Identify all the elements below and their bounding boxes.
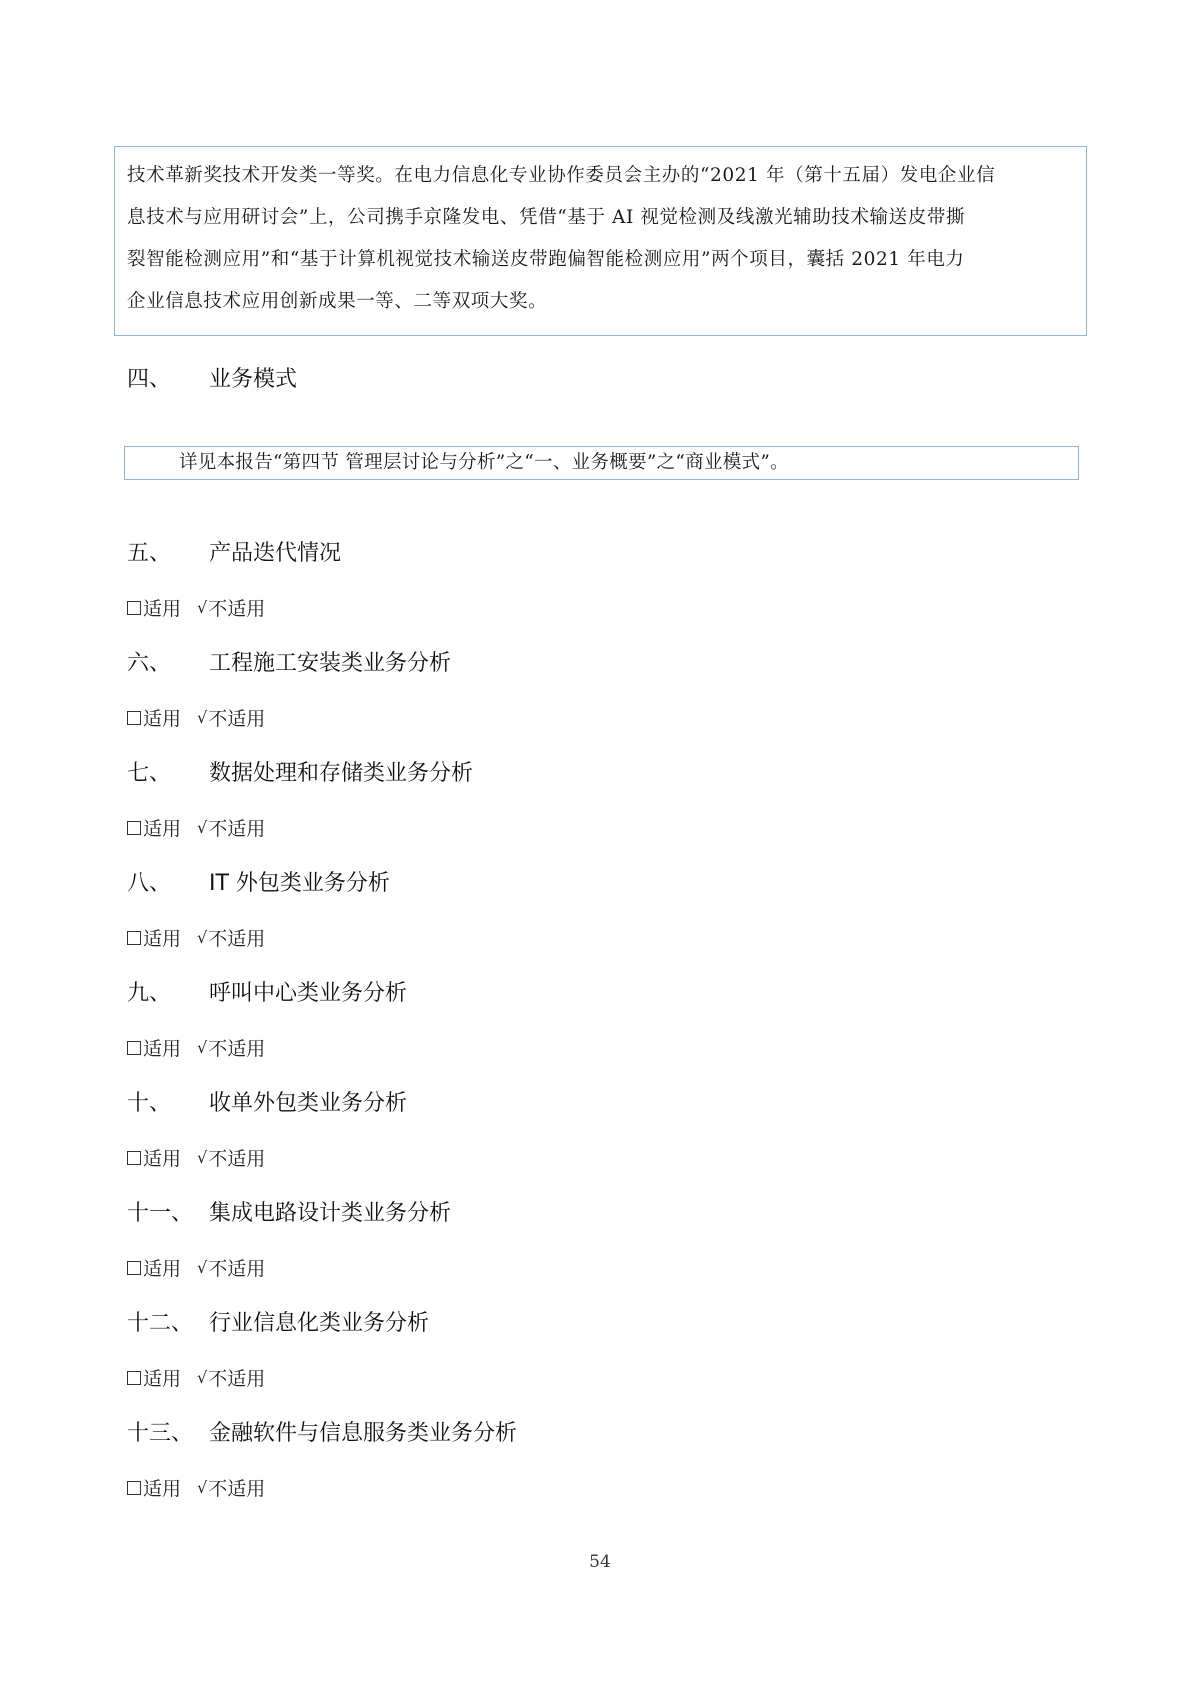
empty-checkbox-icon (127, 1151, 141, 1165)
applicable-label: 适用 (143, 1474, 181, 1501)
section-title: IT 外包类业务分析 (209, 866, 390, 897)
award-line: 企业信息技术应用创新成果一等、二等双项大奖。 (127, 281, 1074, 323)
applicable-label: 适用 (143, 1364, 181, 1391)
checkmark-icon: √ (197, 1038, 207, 1057)
section-heading-4: 四、 业务模式 (127, 362, 297, 393)
checkmark-icon: √ (197, 1148, 207, 1167)
empty-checkbox-icon (127, 601, 141, 615)
section-title: 业务模式 (209, 362, 297, 393)
applicable-label: 适用 (143, 1254, 181, 1281)
section-heading-13: 十三、 金融软件与信息服务类业务分析 (127, 1416, 517, 1447)
applicable-label: 适用 (143, 924, 181, 951)
section-title: 收单外包类业务分析 (209, 1086, 407, 1117)
applicability-option: 适用√不适用 (127, 1144, 265, 1171)
award-line: 技术革新奖技术开发类一等奖。在电力信息化专业协作委员会主办的“2021 年（第十… (127, 155, 1074, 197)
applicable-label: 适用 (143, 704, 181, 731)
award-text-box: 技术革新奖技术开发类一等奖。在电力信息化专业协作委员会主办的“2021 年（第十… (114, 146, 1087, 336)
checkmark-icon: √ (197, 1478, 207, 1497)
section-heading-6: 六、 工程施工安装类业务分析 (127, 646, 451, 677)
empty-checkbox-icon (127, 1041, 141, 1055)
checkmark-icon: √ (197, 928, 207, 947)
empty-checkbox-icon (127, 1261, 141, 1275)
applicability-option: 适用√不适用 (127, 924, 265, 951)
not-applicable-label: 不适用 (208, 1144, 265, 1171)
applicable-label: 适用 (143, 594, 181, 621)
applicability-option: 适用√不适用 (127, 1034, 265, 1061)
applicability-option: 适用√不适用 (127, 814, 265, 841)
checkmark-icon: √ (197, 598, 207, 617)
section-number: 九、 (127, 976, 209, 1007)
section-number: 十二、 (127, 1306, 209, 1337)
section-heading-11: 十一、 集成电路设计类业务分析 (127, 1196, 451, 1227)
section-number: 十、 (127, 1086, 209, 1117)
checkmark-icon: √ (197, 818, 207, 837)
business-model-box: 详见本报告“第四节 管理层讨论与分析”之“一、业务概要”之“商业模式”。 (124, 446, 1079, 480)
section-heading-8: 八、 IT 外包类业务分析 (127, 866, 390, 897)
section-number: 四、 (127, 362, 209, 393)
applicability-option: 适用√不适用 (127, 704, 265, 731)
section-title: 数据处理和存储类业务分析 (209, 756, 473, 787)
empty-checkbox-icon (127, 931, 141, 945)
section-number: 七、 (127, 756, 209, 787)
applicability-option: 适用√不适用 (127, 1474, 265, 1501)
section-heading-9: 九、 呼叫中心类业务分析 (127, 976, 407, 1007)
empty-checkbox-icon (127, 711, 141, 725)
applicability-option: 适用√不适用 (127, 1254, 265, 1281)
not-applicable-label: 不适用 (208, 924, 265, 951)
applicable-label: 适用 (143, 814, 181, 841)
section-title: 金融软件与信息服务类业务分析 (209, 1416, 517, 1447)
section-number: 十一、 (127, 1196, 209, 1227)
section-title: 呼叫中心类业务分析 (209, 976, 407, 1007)
applicability-option: 适用√不适用 (127, 594, 265, 621)
not-applicable-label: 不适用 (208, 814, 265, 841)
not-applicable-label: 不适用 (208, 1034, 265, 1061)
section-number: 十三、 (127, 1416, 209, 1447)
award-line: 息技术与应用研讨会”上，公司携手京隆发电、凭借“基于 AI 视觉检测及线激光辅助… (127, 197, 1074, 239)
not-applicable-label: 不适用 (208, 1364, 265, 1391)
section-title: 集成电路设计类业务分析 (209, 1196, 451, 1227)
empty-checkbox-icon (127, 1481, 141, 1495)
section-heading-10: 十、 收单外包类业务分析 (127, 1086, 407, 1117)
checkmark-icon: √ (197, 1368, 207, 1387)
checkmark-icon: √ (197, 708, 207, 727)
applicability-option: 适用√不适用 (127, 1364, 265, 1391)
not-applicable-label: 不适用 (208, 1474, 265, 1501)
section-heading-5: 五、 产品迭代情况 (127, 536, 341, 567)
not-applicable-label: 不适用 (208, 1254, 265, 1281)
page-number: 54 (0, 1552, 1200, 1572)
section-heading-12: 十二、 行业信息化类业务分析 (127, 1306, 429, 1337)
section-number: 六、 (127, 646, 209, 677)
applicable-label: 适用 (143, 1144, 181, 1171)
section-title: 工程施工安装类业务分析 (209, 646, 451, 677)
section-heading-7: 七、 数据处理和存储类业务分析 (127, 756, 473, 787)
section-number: 八、 (127, 866, 209, 897)
section-title: 产品迭代情况 (209, 536, 341, 567)
checkmark-icon: √ (197, 1258, 207, 1277)
not-applicable-label: 不适用 (208, 704, 265, 731)
empty-checkbox-icon (127, 1371, 141, 1385)
section-number: 五、 (127, 536, 209, 567)
empty-checkbox-icon (127, 821, 141, 835)
section-title: 行业信息化类业务分析 (209, 1306, 429, 1337)
applicable-label: 适用 (143, 1034, 181, 1061)
award-line: 裂智能检测应用”和“基于计算机视觉技术输送皮带跑偏智能检测应用”两个项目，囊括 … (127, 239, 1074, 281)
business-model-text: 详见本报告“第四节 管理层讨论与分析”之“一、业务概要”之“商业模式”。 (125, 447, 1078, 479)
not-applicable-label: 不适用 (208, 594, 265, 621)
